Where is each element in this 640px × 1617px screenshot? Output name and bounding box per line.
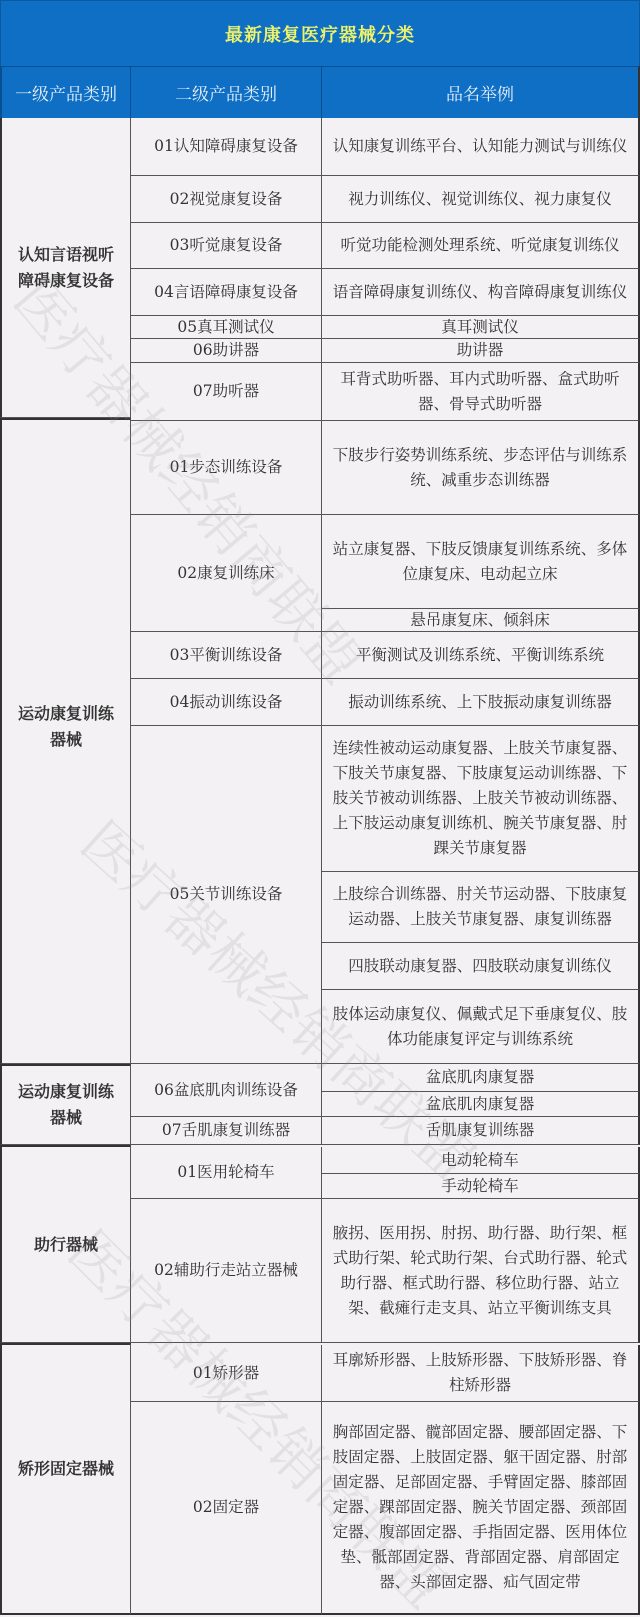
examples-cell: 舌肌康复训练器 <box>322 1117 640 1145</box>
level1-cell: 助行器械 <box>0 1145 131 1343</box>
level1-line: 器械 <box>18 1105 114 1131</box>
header-level2: 二级产品类别 <box>131 66 322 118</box>
level2-cell: 04言语障碍康复设备 <box>131 269 322 316</box>
examples-cell: 肢体运动康复仪、佩戴式足下垂康复仪、肢体功能康复评定与训练系统 <box>322 990 640 1064</box>
examples-cell: 站立康复器、下肢反馈康复训练系统、多体位康复床、电动起立床 <box>322 515 640 609</box>
level2-cell: 06盆底肌肉训练设备 <box>131 1064 322 1117</box>
examples-cell: 耳廓矫形器、上肢矫形器、下肢矫形器、脊柱矫形器 <box>322 1345 640 1402</box>
level1-line: 运动康复训练 <box>18 1079 114 1105</box>
level1-cell: 矫形固定器械 <box>0 1343 131 1615</box>
level2-cell: 05关节训练设备 <box>131 726 322 1064</box>
examples-cell: 手动轮椅车 <box>322 1174 640 1199</box>
examples-cell: 腋拐、医用拐、肘拐、助行器、助行架、框式助行架、轮式助行架、台式助行器、轮式助行… <box>322 1199 640 1343</box>
header-examples: 品名举例 <box>322 66 640 118</box>
level2-cell: 05真耳测试仪 <box>131 316 322 339</box>
examples-cell: 电动轮椅车 <box>322 1147 640 1174</box>
level1-line: 运动康复训练 <box>18 701 114 727</box>
examples-cell: 真耳测试仪 <box>322 316 640 339</box>
level2-cell: 07舌肌康复训练器 <box>131 1117 322 1145</box>
level2-cell: 01矫形器 <box>131 1345 322 1402</box>
level2-cell: 07助听器 <box>131 363 322 421</box>
header-level1: 一级产品类别 <box>0 66 131 118</box>
examples-cell: 盆底肌肉康复器 <box>322 1092 640 1117</box>
examples-cell: 悬吊康复床、倾斜床 <box>322 609 640 632</box>
examples-cell: 四肢联动康复器、四肢联动康复训练仪 <box>322 943 640 990</box>
level2-cell: 04振动训练设备 <box>131 679 322 726</box>
examples-cell: 盆底肌肉康复器 <box>322 1064 640 1092</box>
level2-cell: 01医用轮椅车 <box>131 1147 322 1199</box>
examples-cell: 平衡测试及训练系统、平衡训练系统 <box>322 632 640 679</box>
table-title-bar: 最新康复医疗器械分类 <box>0 0 640 68</box>
level2-cell: 02辅助行走站立器械 <box>131 1199 322 1343</box>
level2-cell: 01步态训练设备 <box>131 421 322 515</box>
examples-cell: 语音障碍康复训练仪、构音障碍康复训练仪 <box>322 269 640 316</box>
level1-cell: 运动康复训练器械 <box>0 1064 131 1145</box>
examples-cell: 认知康复训练平台、认知能力测试与训练仪 <box>322 118 640 176</box>
examples-cell: 耳背式助听器、耳内式助听器、盒式助听器、骨导式助听器 <box>322 363 640 421</box>
examples-cell: 视力训练仪、视觉训练仪、视力康复仪 <box>322 176 640 223</box>
level2-cell: 03平衡训练设备 <box>131 632 322 679</box>
level2-cell: 02康复训练床 <box>131 515 322 632</box>
examples-cell: 胸部固定器、髋部固定器、腰部固定器、下肢固定器、上肢固定器、躯干固定器、肘部固定… <box>322 1402 640 1615</box>
level2-cell: 03听觉康复设备 <box>131 223 322 269</box>
examples-cell: 上肢综合训练器、肘关节运动器、下肢康复运动器、上肢关节康复器、康复训练器 <box>322 872 640 943</box>
examples-cell: 助讲器 <box>322 339 640 363</box>
examples-cell: 连续性被动运动康复器、上肢关节康复器、下肢关节康复器、下肢康复运动训练器、下肢关… <box>322 726 640 872</box>
level2-cell: 01认知障碍康复设备 <box>131 118 322 176</box>
examples-cell: 下肢步行姿势训练系统、步态评估与训练系统、减重步态训练器 <box>322 421 640 515</box>
examples-cell: 振动训练系统、上下肢振动康复训练器 <box>322 679 640 726</box>
level1-cell: 运动康复训练器械 <box>0 418 131 1064</box>
level1-cell: 认知言语视听障碍康复设备 <box>0 118 131 418</box>
level1-line: 助行器械 <box>34 1232 98 1258</box>
level1-line: 障碍康复设备 <box>18 268 114 294</box>
level2-cell: 02视觉康复设备 <box>131 176 322 223</box>
table-title: 最新康复医疗器械分类 <box>225 21 415 47</box>
level1-line: 矫形固定器械 <box>18 1456 114 1482</box>
classification-table: 最新康复医疗器械分类 一级产品类别 二级产品类别 品名举例 认知言语视听障碍康复… <box>0 0 640 1617</box>
level1-line: 器械 <box>18 727 114 753</box>
level1-line: 认知言语视听 <box>18 242 114 268</box>
level2-cell: 06助讲器 <box>131 339 322 363</box>
examples-cell: 听觉功能检测处理系统、听觉康复训练仪 <box>322 223 640 269</box>
level2-cell: 02固定器 <box>131 1402 322 1615</box>
